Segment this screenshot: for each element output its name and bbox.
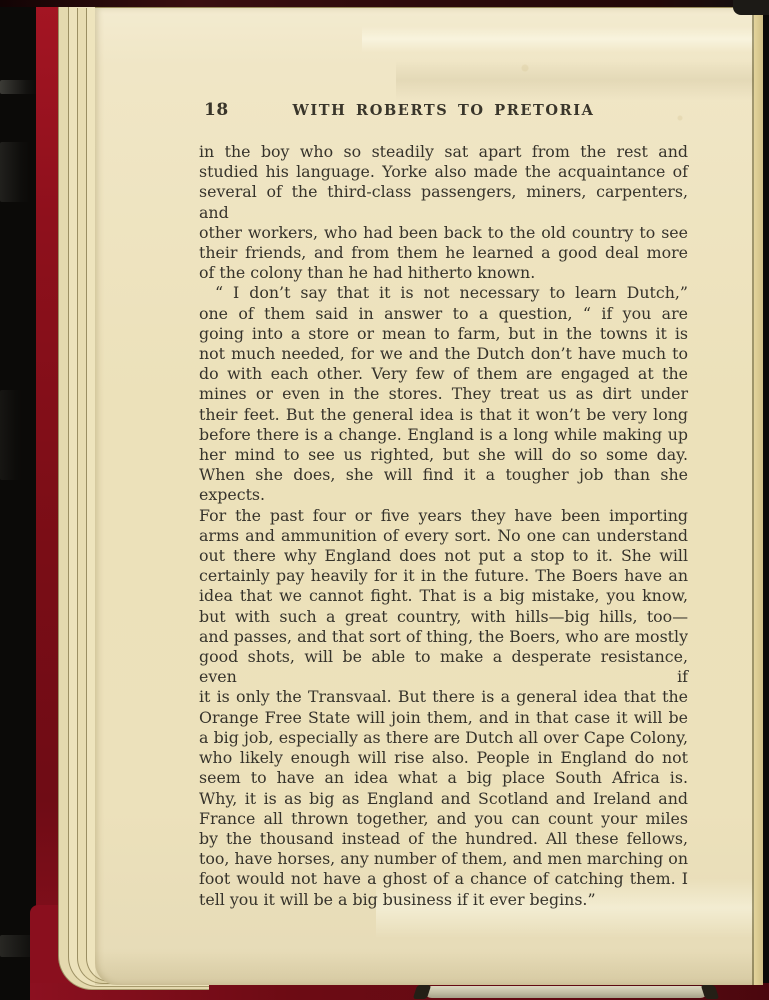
text-line: of the colony than he had hitherto known… — [199, 263, 688, 283]
text-line: going into a store or mean to farm, but … — [199, 324, 688, 344]
text-line: other workers, who had been back to the … — [199, 223, 688, 243]
text-line: too, have horses, any number of them, an… — [199, 849, 688, 869]
book-page: 18 WITH ROBERTS TO PRETORIA in the boy w… — [95, 7, 763, 985]
text-line: arms and ammunition of every sort. No on… — [199, 526, 688, 546]
text-line: a big job, especially as there are Dutch… — [199, 728, 688, 748]
text-line: good shots, will be able to make a despe… — [199, 647, 688, 687]
scan-shadow-band — [396, 60, 763, 100]
text-line: Why, it is as big as England and Scotlan… — [199, 789, 688, 809]
book-cover-top-edge — [0, 0, 769, 7]
text-line: one of them said in answer to a question… — [199, 304, 688, 324]
text-line: France all thrown together, and you can … — [199, 809, 688, 829]
text-line: it is only the Transvaal. But there is a… — [199, 687, 688, 707]
text-line: several of the third-class passengers, m… — [199, 182, 688, 222]
text-line: When she does, she will find it a toughe… — [199, 465, 688, 505]
text-line: in the boy who so steadily sat apart fro… — [199, 142, 688, 162]
scanner-shadow — [733, 0, 769, 15]
text-line: tell you it will be a big business if it… — [199, 890, 688, 910]
running-title: WITH ROBERTS TO PRETORIA — [199, 102, 688, 119]
text-line: certainly pay heavily for it in the futu… — [199, 566, 688, 586]
text-line: not much needed, for we and the Dutch do… — [199, 344, 688, 364]
text-line: For the past four or five years they hav… — [199, 506, 688, 526]
text-line: her mind to see us righted, but she will… — [199, 445, 688, 465]
text-line: “ I don’t say that it is not necessary t… — [199, 283, 688, 303]
text-line: do with each other. Very few of them are… — [199, 364, 688, 384]
text-line: by the thousand instead of the hundred. … — [199, 829, 688, 849]
text-line: foot would not have a ghost of a chance … — [199, 869, 688, 889]
scanner-streak — [0, 390, 22, 480]
text-line: studied his language. Yorke also made th… — [199, 162, 688, 182]
scan-light-band — [362, 26, 763, 52]
text-line: mines or even in the stores. They treat … — [199, 384, 688, 404]
adjacent-page-edge — [754, 8, 763, 985]
text-line: who likely enough will rise also. People… — [199, 748, 688, 768]
book-scan: 18 WITH ROBERTS TO PRETORIA in the boy w… — [0, 0, 769, 1000]
bottom-page-fore-edge — [425, 986, 707, 998]
scanner-streak — [0, 142, 30, 202]
text-line: Orange Free State will join them, and in… — [199, 708, 688, 728]
text-line: seem to have an idea what a big place So… — [199, 768, 688, 788]
cover-corner-tab — [413, 985, 432, 999]
text-line: before there is a change. England is a l… — [199, 425, 688, 445]
body-text: in the boy who so steadily sat apart fro… — [199, 142, 688, 910]
scan-shadow-band — [95, 951, 763, 985]
page-header: 18 WITH ROBERTS TO PRETORIA — [199, 100, 688, 122]
text-line: but with such a great country, with hill… — [199, 607, 688, 627]
text-line: their feet. But the general idea is that… — [199, 405, 688, 425]
text-line: idea that we cannot fight. That is a big… — [199, 586, 688, 606]
text-line: and passes, and that sort of thing, the … — [199, 627, 688, 647]
text-line: out there why England does not put a sto… — [199, 546, 688, 566]
text-line: their friends, and from them he learned … — [199, 243, 688, 263]
scanner-streak — [0, 80, 38, 94]
